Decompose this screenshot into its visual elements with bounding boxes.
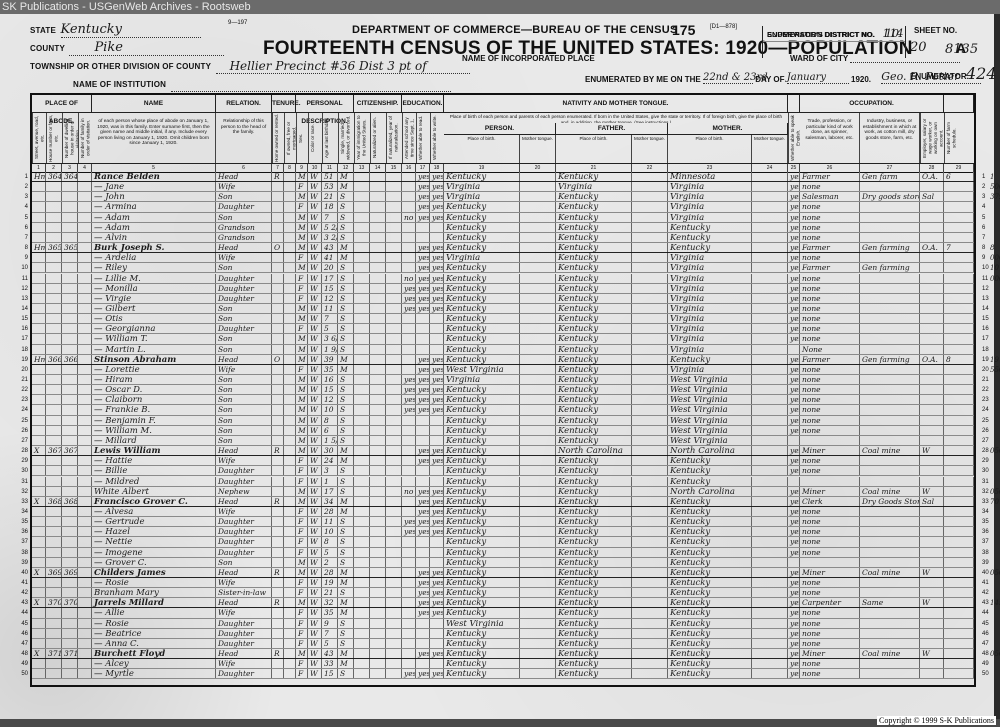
cell-c13 [354, 304, 370, 313]
cell-name: — Alcey [92, 659, 216, 668]
cell-fpob: Kentucky [556, 608, 632, 617]
col-header-4: Number of family in order of visitation. [78, 113, 92, 163]
cell-eng: yes [788, 608, 800, 617]
cell-c22 [632, 263, 668, 272]
cell-fpob: Kentucky [556, 304, 632, 313]
cell-c4 [78, 568, 92, 577]
cell-rel: Daughter [216, 294, 272, 303]
cell-farm [944, 375, 974, 384]
cell-ind [860, 517, 920, 526]
cell-c14 [370, 659, 386, 668]
cell-farm [944, 416, 974, 425]
cell-eng [788, 436, 800, 445]
table-row: 19Hm366366Stinson AbrahamHeadOMW39Myesye… [32, 355, 974, 365]
cell-age: 12 [322, 294, 338, 303]
table-row: 49— AlceyWifeFW33MKentuckyKentuckyKentuc… [32, 659, 974, 669]
cell-fpob: Kentucky [556, 527, 632, 536]
cell-name: — William T. [92, 334, 216, 343]
cell-ms: M [338, 608, 354, 617]
cell-c4 [78, 598, 92, 607]
cell-c8 [284, 304, 296, 313]
cell-pob: Kentucky [444, 446, 520, 455]
cell-mpob: Kentucky [668, 233, 752, 242]
cell-name: — Beatrice [92, 629, 216, 638]
cell-c22 [632, 253, 668, 262]
cell-c13 [354, 639, 370, 648]
cell-street [32, 416, 46, 425]
cell-eng: yes [788, 385, 800, 394]
cell-c20 [520, 314, 556, 323]
cell-ms: M [338, 182, 354, 191]
sheet-number: 20 [910, 40, 927, 55]
cell-c24 [752, 497, 788, 506]
cell-mpob: Kentucky [668, 649, 752, 658]
cell-eng: yes [788, 639, 800, 648]
cell-eng: yes [788, 466, 800, 475]
cell-own [272, 304, 284, 313]
cell-c20 [520, 558, 556, 567]
cell-c13 [354, 588, 370, 597]
cell-sex: M [296, 334, 308, 343]
cell-race: W [308, 182, 322, 191]
cell-age: 24 [322, 456, 338, 465]
cell-read: yes [416, 375, 430, 384]
cell-sch [402, 263, 416, 272]
cell-read: yes [416, 294, 430, 303]
cell-eng: yes [788, 456, 800, 465]
cell-c20 [520, 263, 556, 272]
cell-c22 [632, 405, 668, 414]
cell-c14 [370, 172, 386, 181]
cell-read: yes [416, 405, 430, 414]
cell-sex: M [296, 568, 308, 577]
cell-c13 [354, 466, 370, 475]
cell-c8 [284, 416, 296, 425]
cell-c15 [386, 243, 402, 252]
cell-emp [920, 548, 944, 557]
cell-pob: Kentucky [444, 456, 520, 465]
cell-sex: F [296, 182, 308, 191]
cell-dw [46, 253, 62, 262]
cell-c4 [78, 537, 92, 546]
group-personal-description: PERSONAL DESCRIPTION. [296, 95, 354, 113]
cell-farm [944, 537, 974, 546]
cell-name: Rance Belden [92, 172, 216, 181]
cell-ind [860, 527, 920, 536]
cell-c14 [370, 608, 386, 617]
cell-c4 [78, 436, 92, 445]
cell-read [416, 639, 430, 648]
cell-street [32, 426, 46, 435]
cell-occ: none [800, 527, 860, 536]
cell-ind: Gen farming [860, 355, 920, 364]
table-row: 4— ArminaDaughterFW18SyesyesKentuckyKent… [32, 202, 974, 212]
cell-read: yes [416, 172, 430, 181]
right-line-number: 15 [982, 314, 996, 324]
cell-c15 [386, 345, 402, 354]
cell-eng: yes [788, 395, 800, 404]
cell-ind [860, 629, 920, 638]
cell-c20 [520, 548, 556, 557]
cell-c4 [78, 659, 92, 668]
cell-c4 [78, 497, 92, 506]
cell-c15 [386, 558, 402, 567]
cell-c14 [370, 182, 386, 191]
cell-ind [860, 456, 920, 465]
cell-c4 [78, 263, 92, 272]
table-row: 22— Oscar D.SonMW15SyesyesyesKentuckyKen… [32, 385, 974, 395]
form-number: 9—197 [228, 20, 247, 26]
cell-ind [860, 253, 920, 262]
cell-sex: M [296, 213, 308, 222]
cell-c13 [354, 649, 370, 658]
cell-c20 [520, 355, 556, 364]
cell-dw [46, 558, 62, 567]
cell-ms: S [338, 233, 354, 242]
cell-own: R [272, 497, 284, 506]
cell-c14 [370, 487, 386, 496]
cell-occ: none [800, 629, 860, 638]
cell-name: Stinson Abraham [92, 355, 216, 364]
cell-fam [62, 395, 78, 404]
cell-eng: yes [788, 598, 800, 607]
cell-name: Branham Mary [92, 588, 216, 597]
cell-rel: Grandson [216, 223, 272, 232]
cell-eng [788, 477, 800, 486]
cell-dw: 369 [46, 568, 62, 577]
cell-write: yes [430, 365, 444, 374]
cell-c20 [520, 659, 556, 668]
cell-c24 [752, 223, 788, 232]
cell-ms: M [338, 649, 354, 658]
cell-rel: Wife [216, 507, 272, 516]
cell-dw [46, 416, 62, 425]
cell-c24 [752, 294, 788, 303]
cell-c20 [520, 213, 556, 222]
incorporated-place-label: NAME OF INCORPORATED PLACE [462, 54, 595, 63]
cell-mpob: Minnesota [668, 172, 752, 181]
cell-c13 [354, 416, 370, 425]
table-row: 36— HazelDaughterFW10SyesyesyesKentuckyK… [32, 527, 974, 537]
enumerator-label: ENUMERATOR. [910, 72, 969, 81]
cell-own [272, 456, 284, 465]
cell-read: yes [416, 608, 430, 617]
cell-mpob: Virginia [668, 284, 752, 293]
cell-c8 [284, 436, 296, 445]
cell-age: 1 5/12 [322, 436, 338, 445]
margin-code: 050 [990, 649, 1000, 659]
cell-occ: none [800, 578, 860, 587]
cell-write: yes [430, 253, 444, 262]
cell-c14 [370, 223, 386, 232]
col-header-20: Mother tongue. [520, 135, 556, 163]
cell-emp [920, 314, 944, 323]
cell-occ: Miner [800, 487, 860, 496]
cell-occ: none [800, 182, 860, 191]
cell-mpob: Kentucky [668, 598, 752, 607]
cell-c8 [284, 213, 296, 222]
cell-rel: Daughter [216, 284, 272, 293]
cell-c4 [78, 324, 92, 333]
cell-rel: Wife [216, 253, 272, 262]
cell-write: yes [430, 294, 444, 303]
cell-c24 [752, 263, 788, 272]
cell-ms: S [338, 304, 354, 313]
cell-c4 [78, 172, 92, 181]
cell-farm [944, 517, 974, 526]
cell-race: W [308, 649, 322, 658]
cell-fam [62, 274, 78, 283]
cell-sch [402, 507, 416, 516]
cell-c8 [284, 548, 296, 557]
cell-dw [46, 304, 62, 313]
cell-c15 [386, 213, 402, 222]
cell-fpob: Kentucky [556, 213, 632, 222]
cell-fam: 364 [62, 172, 78, 181]
col-header-16: Attended school any time since Sept. 1, … [402, 113, 416, 163]
cell-eng: yes [788, 669, 800, 678]
cell-pob: Kentucky [444, 649, 520, 658]
cell-mpob: Kentucky [668, 355, 752, 364]
line-number: 50 [10, 669, 28, 680]
cell-read: yes [416, 253, 430, 262]
cell-occ: Farmer [800, 355, 860, 364]
cell-pob: Kentucky [444, 334, 520, 343]
enumeration-district-row: ENUMERATION DISTRICT NO. 114 [763, 26, 905, 42]
cell-farm [944, 598, 974, 607]
cell-street [32, 477, 46, 486]
cell-race: W [308, 548, 322, 557]
cell-c22 [632, 223, 668, 232]
cell-c8 [284, 608, 296, 617]
cell-farm [944, 568, 974, 577]
cell-sch: yes [402, 304, 416, 313]
cell-rel: Son [216, 304, 272, 313]
cell-c4 [78, 558, 92, 567]
cell-race: W [308, 629, 322, 638]
cell-sex: M [296, 487, 308, 496]
cell-rel: Son [216, 314, 272, 323]
cell-ind [860, 304, 920, 313]
cell-farm [944, 558, 974, 567]
cell-sex: M [296, 385, 308, 394]
cell-c15 [386, 274, 402, 283]
cell-occ: none [800, 365, 860, 374]
cell-farm [944, 385, 974, 394]
cell-c8 [284, 405, 296, 414]
cell-pob: Kentucky [444, 517, 520, 526]
cell-occ: none [800, 324, 860, 333]
cell-c22 [632, 304, 668, 313]
cell-own [272, 233, 284, 242]
cell-write: yes [430, 213, 444, 222]
cell-pob: Kentucky [444, 263, 520, 272]
table-row: 38— ImogeneDaughterFW5SKentuckyKentuckyK… [32, 548, 974, 558]
cell-c24 [752, 639, 788, 648]
cell-c14 [370, 334, 386, 343]
table-row: 50— MyrtleDaughterFW15SyesyesyesKentucky… [32, 669, 974, 679]
cell-c4 [78, 608, 92, 617]
cell-c20 [520, 395, 556, 404]
cell-race: W [308, 314, 322, 323]
cell-rel: Daughter [216, 477, 272, 486]
group-farm [944, 95, 974, 113]
cell-ind [860, 182, 920, 191]
cell-mpob: Virginia [668, 253, 752, 262]
cell-fpob: Kentucky [556, 548, 632, 557]
cell-sex: M [296, 192, 308, 201]
cell-c14 [370, 588, 386, 597]
cell-rel: Daughter [216, 527, 272, 536]
cell-emp [920, 395, 944, 404]
cell-c13 [354, 233, 370, 242]
cell-sch [402, 233, 416, 242]
cell-ind: Dry goods store [860, 192, 920, 201]
cell-fam [62, 345, 78, 354]
cell-rel: Head [216, 598, 272, 607]
cell-ind [860, 578, 920, 587]
cell-age: 9 [322, 619, 338, 628]
cell-c24 [752, 598, 788, 607]
cell-name: — Rosie [92, 619, 216, 628]
cell-own [272, 345, 284, 354]
col-header-27: Industry, business, or establishment in … [860, 113, 920, 163]
cell-age: 7 [322, 314, 338, 323]
cell-name: — William M. [92, 426, 216, 435]
cell-own: R [272, 446, 284, 455]
source-bar: SK Publications - USGenWeb Archives - Ro… [0, 0, 1000, 14]
cell-race: W [308, 192, 322, 201]
cell-age: 3 [322, 466, 338, 475]
cell-eng: yes [788, 223, 800, 232]
cell-ms: S [338, 294, 354, 303]
cell-ms: S [338, 477, 354, 486]
cell-c15 [386, 649, 402, 658]
cell-c13 [354, 294, 370, 303]
cell-pob: West Virginia [444, 619, 520, 628]
cell-c22 [632, 558, 668, 567]
cell-c24 [752, 426, 788, 435]
cell-sch [402, 355, 416, 364]
cell-ms: M [338, 446, 354, 455]
cell-street [32, 304, 46, 313]
cell-occ [800, 558, 860, 567]
cell-occ: none [800, 202, 860, 211]
table-row: 17— William T.SonMW3 6/12SKentuckyKentuc… [32, 334, 974, 344]
cell-farm [944, 527, 974, 536]
cell-street: Hm [32, 355, 46, 364]
cell-write [430, 659, 444, 668]
cell-occ: none [800, 314, 860, 323]
cell-fam [62, 365, 78, 374]
cell-race: W [308, 659, 322, 668]
cell-eng: yes [788, 172, 800, 181]
cell-emp [920, 619, 944, 628]
cell-c22 [632, 629, 668, 638]
cell-c13 [354, 182, 370, 191]
cell-c20 [520, 233, 556, 242]
cell-own [272, 537, 284, 546]
right-line-number: 25 [982, 416, 996, 426]
cell-read [416, 537, 430, 546]
cell-name: — Riley [92, 263, 216, 272]
cell-dw [46, 274, 62, 283]
cell-emp: O.A. [920, 243, 944, 252]
cell-dw [46, 395, 62, 404]
cell-pob: Kentucky [444, 202, 520, 211]
cell-write: yes [430, 375, 444, 384]
cell-fam: 366 [62, 355, 78, 364]
group-relation: RELATION. [216, 95, 272, 113]
cell-c24 [752, 416, 788, 425]
cell-c24 [752, 375, 788, 384]
cell-age: 16 [322, 375, 338, 384]
cell-c22 [632, 598, 668, 607]
cell-name: — Myrtle [92, 669, 216, 678]
cell-street [32, 659, 46, 668]
cell-fpob: Kentucky [556, 375, 632, 384]
cell-sch [402, 324, 416, 333]
cell-c24 [752, 568, 788, 577]
cell-c4 [78, 639, 92, 648]
cell-c4 [78, 517, 92, 526]
cell-farm [944, 456, 974, 465]
cell-read [416, 436, 430, 445]
table-row: 27— MillardSonMW1 5/12SKentuckyKentuckyW… [32, 436, 974, 446]
cell-sch [402, 558, 416, 567]
cell-ind [860, 233, 920, 242]
cell-c4 [78, 375, 92, 384]
cell-fpob: Kentucky [556, 405, 632, 414]
table-row: 20— LorettieWifeFW35MyesyesWest Virginia… [32, 365, 974, 375]
cell-mpob: Kentucky [668, 608, 752, 617]
cell-race: W [308, 608, 322, 617]
cell-fam [62, 233, 78, 242]
col-header-9: Sex. [296, 113, 308, 163]
cell-c20 [520, 497, 556, 506]
cell-emp [920, 274, 944, 283]
cell-c24 [752, 395, 788, 404]
cell-write: yes [430, 649, 444, 658]
cell-c4 [78, 253, 92, 262]
cell-ms: M [338, 659, 354, 668]
table-row: 26— William M.SonMW6SKentuckyKentuckyWes… [32, 426, 974, 436]
cell-ms: S [338, 639, 354, 648]
cell-occ: Salesman [800, 192, 860, 201]
cell-farm [944, 314, 974, 323]
cell-c8 [284, 365, 296, 374]
cell-sex: F [296, 537, 308, 546]
cell-fam: 367 [62, 446, 78, 455]
cell-mpob: Virginia [668, 274, 752, 283]
cell-c8 [284, 426, 296, 435]
cell-c4 [78, 355, 92, 364]
cell-c22 [632, 416, 668, 425]
cell-c20 [520, 619, 556, 628]
cell-dw [46, 466, 62, 475]
cell-c4 [78, 527, 92, 536]
cell-c22 [632, 294, 668, 303]
cell-c8 [284, 284, 296, 293]
cell-mpob: Virginia [668, 304, 752, 313]
cell-c13 [354, 446, 370, 455]
cell-ind: Coal mine [860, 568, 920, 577]
census-table: PLACE OF ABODE.NAMERELATION.TENURE.PERSO… [30, 93, 976, 687]
cell-c14 [370, 405, 386, 414]
cell-c24 [752, 274, 788, 283]
cell-eng: yes [788, 274, 800, 283]
cell-c14 [370, 324, 386, 333]
